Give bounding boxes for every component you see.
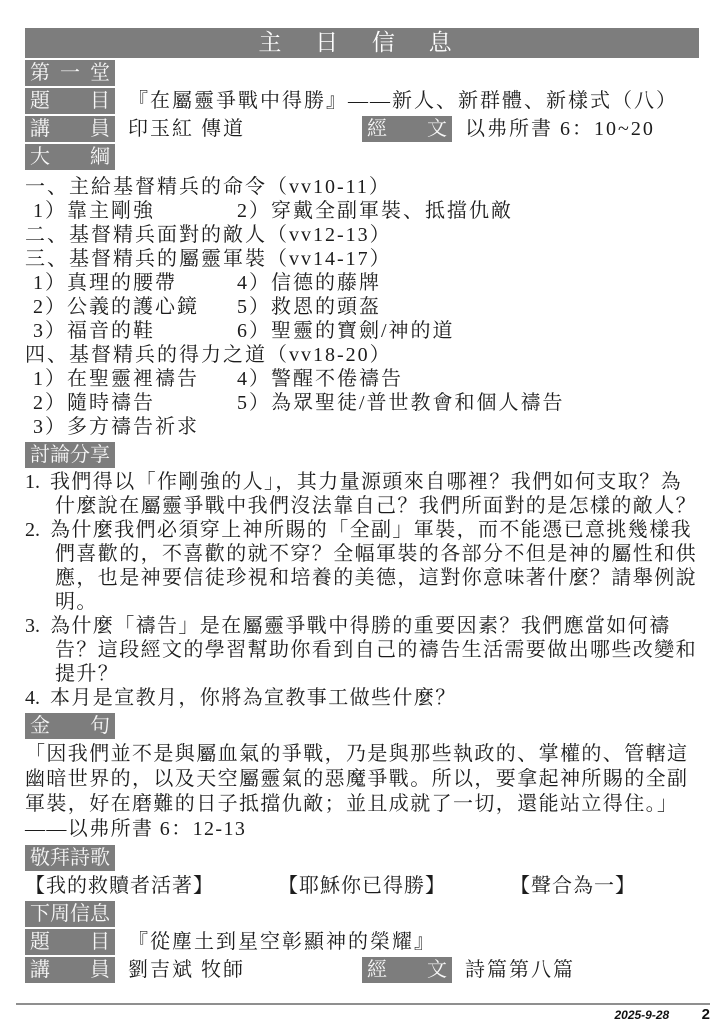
discussion-item: 4.本月是宣教月，你將為宣教事工做些什麼？ <box>25 686 699 710</box>
next-week-topic-row: 題目 『從塵土到星空彰顯神的榮耀』 <box>25 929 699 955</box>
scripture-label-badge: 經文 <box>362 116 452 142</box>
next-week-scripture-text: 詩篇第八篇 <box>465 957 575 983</box>
outline-label-badge: 大綱 <box>25 144 115 170</box>
page-title-bar: 主 日 信 息 <box>25 28 699 58</box>
outline-subrow: 1）在聖靈裡禱告 4）警醒不倦禱告 <box>25 367 699 391</box>
discussion-item-number: 3. <box>25 615 40 637</box>
bulletin-page: 主 日 信 息 第一堂 題目 『在屬靈爭戰中得勝』——新人、新群體、新樣式（八）… <box>0 0 724 1024</box>
scripture-text: 以弗所書 6：10~20 <box>465 116 655 142</box>
next-week-topic-text: 『從塵土到星空彰顯神的榮耀』 <box>128 929 436 955</box>
outline-item: 1）靠主剛強 <box>33 199 237 223</box>
speaker-row: 講員 印玉紅 傳道 經文 以弗所書 6：10~20 <box>25 116 699 142</box>
page-title: 主 日 信 息 <box>258 30 465 55</box>
outline-subrow: 3）福音的鞋 6）聖靈的寶劍/神的道 <box>25 319 699 343</box>
outline-item: 5）為眾聖徒/普世教會和個人禱告 <box>237 391 565 415</box>
outline-item: 6）聖靈的寶劍/神的道 <box>237 319 455 343</box>
discussion-item-text: 我們得以「作剛強的人」，其力量源頭來自哪裡？我們如何支取？為什麼說在屬靈爭戰中我… <box>50 471 697 517</box>
golden-verse-label-badge: 金句 <box>25 713 115 739</box>
sermon-outline: 一、主給基督精兵的命令（vv10-11） 1）靠主剛強 2）穿戴全副軍裝、抵擋仇… <box>25 175 699 439</box>
next-week-speaker-row: 講員 劉吉斌 牧師 經文 詩篇第八篇 <box>25 957 699 983</box>
outline-item: 4）信德的藤牌 <box>237 271 381 295</box>
song-title: 【聲合為一】 <box>510 874 636 898</box>
speaker-label-badge: 講員 <box>25 116 115 142</box>
outline-item: 3）福音的鞋 <box>33 319 237 343</box>
outline-item: 4）警醒不倦禱告 <box>237 367 403 391</box>
song-title: 【我的救贖者活著】 <box>25 874 214 898</box>
session-row: 第一堂 <box>25 60 699 86</box>
outline-item: 5）救恩的頭盔 <box>237 295 381 319</box>
outline-label-row: 大綱 <box>25 144 699 170</box>
next-week-label-badge: 下周信息 <box>25 901 115 927</box>
next-week-topic-label-badge: 題目 <box>25 929 115 955</box>
discussion-item: 1.我們得以「作剛強的人」，其力量源頭來自哪裡？我們如何支取？為什麼說在屬靈爭戰… <box>25 470 699 518</box>
speaker-text: 印玉紅 傳道 <box>128 116 362 142</box>
outline-item: 2）隨時禱告 <box>33 391 237 415</box>
worship-label-row: 敬拜詩歌 <box>25 845 699 871</box>
outline-heading: 四、基督精兵的得力之道（vv18-20） <box>25 343 699 367</box>
next-week-scripture-label-badge: 經文 <box>362 957 452 983</box>
discussion-item-text: 為什麼「禱告」是在屬靈爭戰中得勝的重要因素？我們應當如何禱告？這段經文的學習幫助… <box>50 615 697 685</box>
discussion-item-text: 本月是宣教月，你將為宣教事工做些什麼？ <box>50 687 457 709</box>
next-week-label-row: 下周信息 <box>25 901 699 927</box>
topic-text: 『在屬靈爭戰中得勝』——新人、新群體、新樣式（八） <box>128 88 678 114</box>
outline-item: 1）在聖靈裡禱告 <box>33 367 237 391</box>
golden-verse-text: 「因我們並不是與屬血氣的爭戰，乃是與那些執政的、掌權的、管轄這幽暗世界的，以及天… <box>25 742 699 842</box>
next-week-speaker-label-badge: 講員 <box>25 957 115 983</box>
song-title: 【耶穌你已得勝】 <box>278 874 446 898</box>
topic-label-badge: 題目 <box>25 88 115 114</box>
discussion-list: 1.我們得以「作剛強的人」，其力量源頭來自哪裡？我們如何支取？為什麼說在屬靈爭戰… <box>25 470 699 710</box>
outline-item: 2）穿戴全副軍裝、抵擋仇敵 <box>237 199 513 223</box>
outline-item: 1）真理的腰帶 <box>33 271 237 295</box>
session-badge: 第一堂 <box>25 60 115 86</box>
outline-heading: 三、基督精兵的屬靈軍裝（vv14-17） <box>25 247 699 271</box>
outline-subrow: 2）隨時禱告 5）為眾聖徒/普世教會和個人禱告 <box>25 391 699 415</box>
outline-subrow: 3）多方禱告祈求 <box>25 415 699 439</box>
outline-item: 3）多方禱告祈求 <box>33 415 237 439</box>
outline-subrow: 1）靠主剛強 2）穿戴全副軍裝、抵擋仇敵 <box>25 199 699 223</box>
topic-row: 題目 『在屬靈爭戰中得勝』——新人、新群體、新樣式（八） <box>25 88 699 114</box>
discussion-item-number: 1. <box>25 471 40 493</box>
discussion-item-text: 為什麼我們必須穿上神所賜的「全副」軍裝，而不能憑已意挑幾樣我們喜歡的，不喜歡的就… <box>50 519 697 613</box>
outline-heading: 二、基督精兵面對的敵人（vv12-13） <box>25 223 699 247</box>
discussion-item-number: 2. <box>25 519 40 541</box>
discussion-item: 2.為什麼我們必須穿上神所賜的「全副」軍裝，而不能憑已意挑幾樣我們喜歡的，不喜歡… <box>25 518 699 614</box>
outline-heading: 一、主給基督精兵的命令（vv10-11） <box>25 175 699 199</box>
discussion-label-row: 討論分享 <box>25 442 699 468</box>
page-footer: 2025-9-28 2 <box>16 1003 710 1024</box>
worship-song-list: 【我的救贖者活著】 【耶穌你已得勝】 【聲合為一】 <box>25 874 699 898</box>
next-week-speaker-text: 劉吉斌 牧師 <box>128 957 362 983</box>
discussion-item: 3.為什麼「禱告」是在屬靈爭戰中得勝的重要因素？我們應當如何禱告？這段經文的學習… <box>25 614 699 686</box>
outline-subrow: 2）公義的護心鏡 5）救恩的頭盔 <box>25 295 699 319</box>
footer-page-number: 2 <box>702 1006 710 1023</box>
golden-verse-label-row: 金句 <box>25 713 699 739</box>
outline-item: 2）公義的護心鏡 <box>33 295 237 319</box>
discussion-item-number: 4. <box>25 687 40 709</box>
footer-date: 2025-9-28 <box>614 1008 669 1022</box>
discussion-label-badge: 討論分享 <box>25 442 115 468</box>
outline-subrow: 1）真理的腰帶 4）信德的藤牌 <box>25 271 699 295</box>
worship-label-badge: 敬拜詩歌 <box>25 845 115 871</box>
